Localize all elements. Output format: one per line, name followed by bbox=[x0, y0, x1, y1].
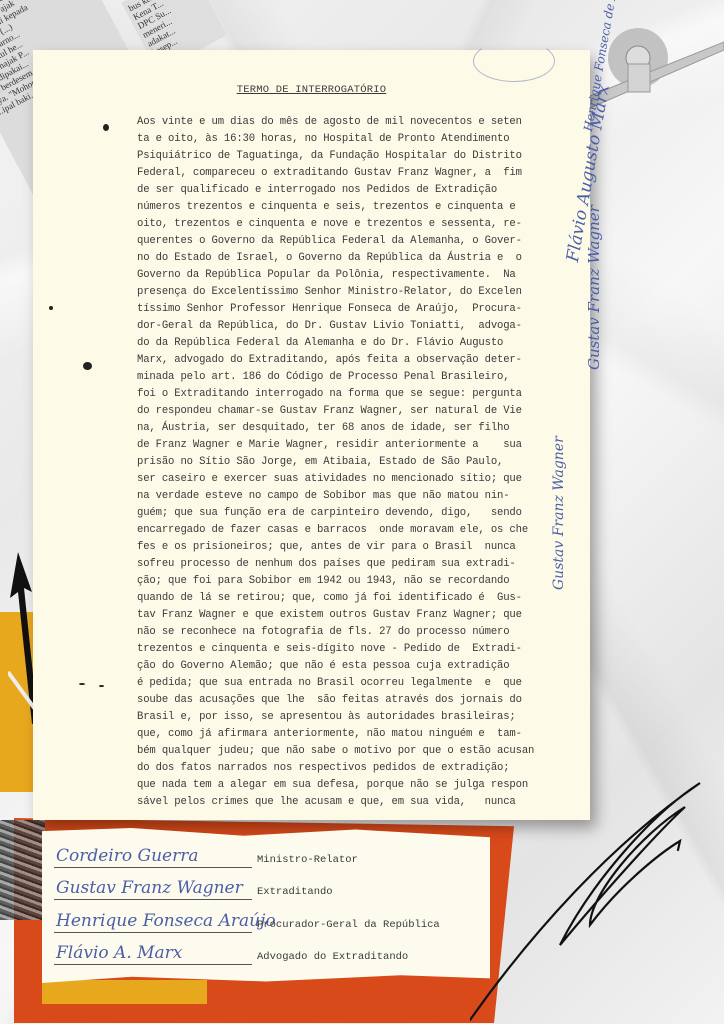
signature-row: Flávio A. Marx Advogado do Extraditando bbox=[42, 935, 490, 965]
body-line: ção do Governo Alemão; que não é esta pe… bbox=[137, 658, 539, 675]
tank-photo-fragment bbox=[0, 820, 45, 920]
body-line: Brasil e, por isso, se apresentou às aut… bbox=[137, 709, 539, 726]
body-line: de Franz Wagner e Marie Wagner, residir … bbox=[137, 437, 539, 454]
handwritten-signature: Flávio A. Marx bbox=[56, 943, 182, 963]
body-line: presença do Excelentíssimo Senhor Minist… bbox=[137, 284, 539, 301]
body-line: Marx, advogado do Extraditando, após fei… bbox=[137, 352, 539, 369]
body-line: oito, trezentos e cinquenta e nove e tre… bbox=[137, 216, 539, 233]
body-line: na, Áustria, ser desquitado, ter 68 anos… bbox=[137, 420, 539, 437]
yellow-block-bottom bbox=[42, 980, 207, 1004]
body-line: não se reconhece na fotografia de fls. 2… bbox=[137, 624, 539, 641]
ink-blot bbox=[103, 124, 109, 131]
document-title: TERMO DE INTERROGATÓRIO bbox=[33, 84, 590, 96]
signature-role: Extraditando bbox=[257, 886, 333, 898]
body-line: fes e os prisioneiros; que, antes de vir… bbox=[137, 539, 539, 556]
body-line: encarregado de fazer casas e barracos on… bbox=[137, 522, 539, 539]
body-line: na verdade esteve no campo de Sobibor ma… bbox=[137, 488, 539, 505]
body-line: é pedida; que sua entrada no Brasil ocor… bbox=[137, 675, 539, 692]
signature-role: Ministro-Relator bbox=[257, 854, 358, 866]
body-line: dor-Geral da República, do Dr. Gustav Li… bbox=[137, 318, 539, 335]
body-line: no do Estado de Israel, o Governo da Rep… bbox=[137, 250, 539, 267]
stamp-mark bbox=[473, 40, 555, 82]
document-body: Aos vinte e um dias do mês de agosto de … bbox=[137, 114, 539, 811]
body-line: ser caseiro e exercer suas atividades no… bbox=[137, 471, 539, 488]
body-line: tíssimo Senhor Professor Henrique Fonsec… bbox=[137, 301, 539, 318]
signature-line bbox=[54, 964, 252, 965]
body-line: Aos vinte e um dias do mês de agosto de … bbox=[137, 114, 539, 131]
signature-line bbox=[54, 867, 252, 868]
body-line: de ser qualificado e interrogado nos Ped… bbox=[137, 182, 539, 199]
signature-role: Procurador-Geral da República bbox=[257, 919, 440, 931]
body-line: soube das acusações que lhe são feitas a… bbox=[137, 692, 539, 709]
body-line: Governo da República Popular da Polônia,… bbox=[137, 267, 539, 284]
margin-signature: Gustav Franz Wagner bbox=[551, 436, 567, 590]
body-line: guém; que sua função era de carpinteiro … bbox=[137, 505, 539, 522]
body-line: bém qualquer judeu; que não sabe o motiv… bbox=[137, 743, 539, 760]
signature-line bbox=[54, 932, 252, 933]
body-line: sofreu processo de nenhum dos países que… bbox=[137, 556, 539, 573]
body-line: tav Franz Wagner e que existem outros Gu… bbox=[137, 607, 539, 624]
body-line: minada pelo art. 186 do Código de Proces… bbox=[137, 369, 539, 386]
signature-role: Advogado do Extraditando bbox=[257, 951, 408, 963]
ink-blot bbox=[99, 685, 104, 687]
ink-blot bbox=[83, 362, 92, 370]
signature-scribble-icon bbox=[470, 775, 720, 1024]
body-line: ção; que foi para Sobibor em 1942 ou 194… bbox=[137, 573, 539, 590]
body-line: foi o Extraditando interrogado na forma … bbox=[137, 386, 539, 403]
body-line: do da República Federal da Alemanha e do… bbox=[137, 335, 539, 352]
signature-strip: Cordeiro Guerra Ministro-Relator Gustav … bbox=[42, 828, 490, 983]
body-line: Psiquiátrico de Taguatinga, da Fundação … bbox=[137, 148, 539, 165]
signature-line bbox=[54, 899, 252, 900]
body-line: números trezentos e cinquenta e seis, tr… bbox=[137, 199, 539, 216]
handwritten-signature: Cordeiro Guerra bbox=[56, 846, 199, 866]
body-line: ta e oito, às 16:30 horas, no Hospital d… bbox=[137, 131, 539, 148]
body-line: do respondeu chamar-se Gustav Franz Wagn… bbox=[137, 403, 539, 420]
handwritten-signature: Gustav Franz Wagner bbox=[56, 878, 243, 898]
body-line: trezentos e cinquenta e seis-dígito nove… bbox=[137, 641, 539, 658]
body-line: prisão no Sítio São Jorge, em Atibaia, E… bbox=[137, 454, 539, 471]
signature-row: Cordeiro Guerra Ministro-Relator bbox=[42, 838, 490, 868]
body-line: que, como já afirmara anteriormente, não… bbox=[137, 726, 539, 743]
ink-blot bbox=[79, 683, 85, 685]
ink-blot bbox=[49, 306, 53, 310]
signature-row: Henrique Fonseca Araújo Procurador-Geral… bbox=[42, 903, 490, 933]
interrogation-document: TERMO DE INTERROGATÓRIO Aos vinte e um d… bbox=[33, 50, 590, 820]
body-line: querentes o Governo da República Federal… bbox=[137, 233, 539, 250]
signature-row: Gustav Franz Wagner Extraditando bbox=[42, 870, 490, 900]
handwritten-signature: Henrique Fonseca Araújo bbox=[56, 911, 276, 931]
body-line: Federal, compareceu o extraditando Gusta… bbox=[137, 165, 539, 182]
body-line: quando de lá se retirou; que, como já fo… bbox=[137, 590, 539, 607]
